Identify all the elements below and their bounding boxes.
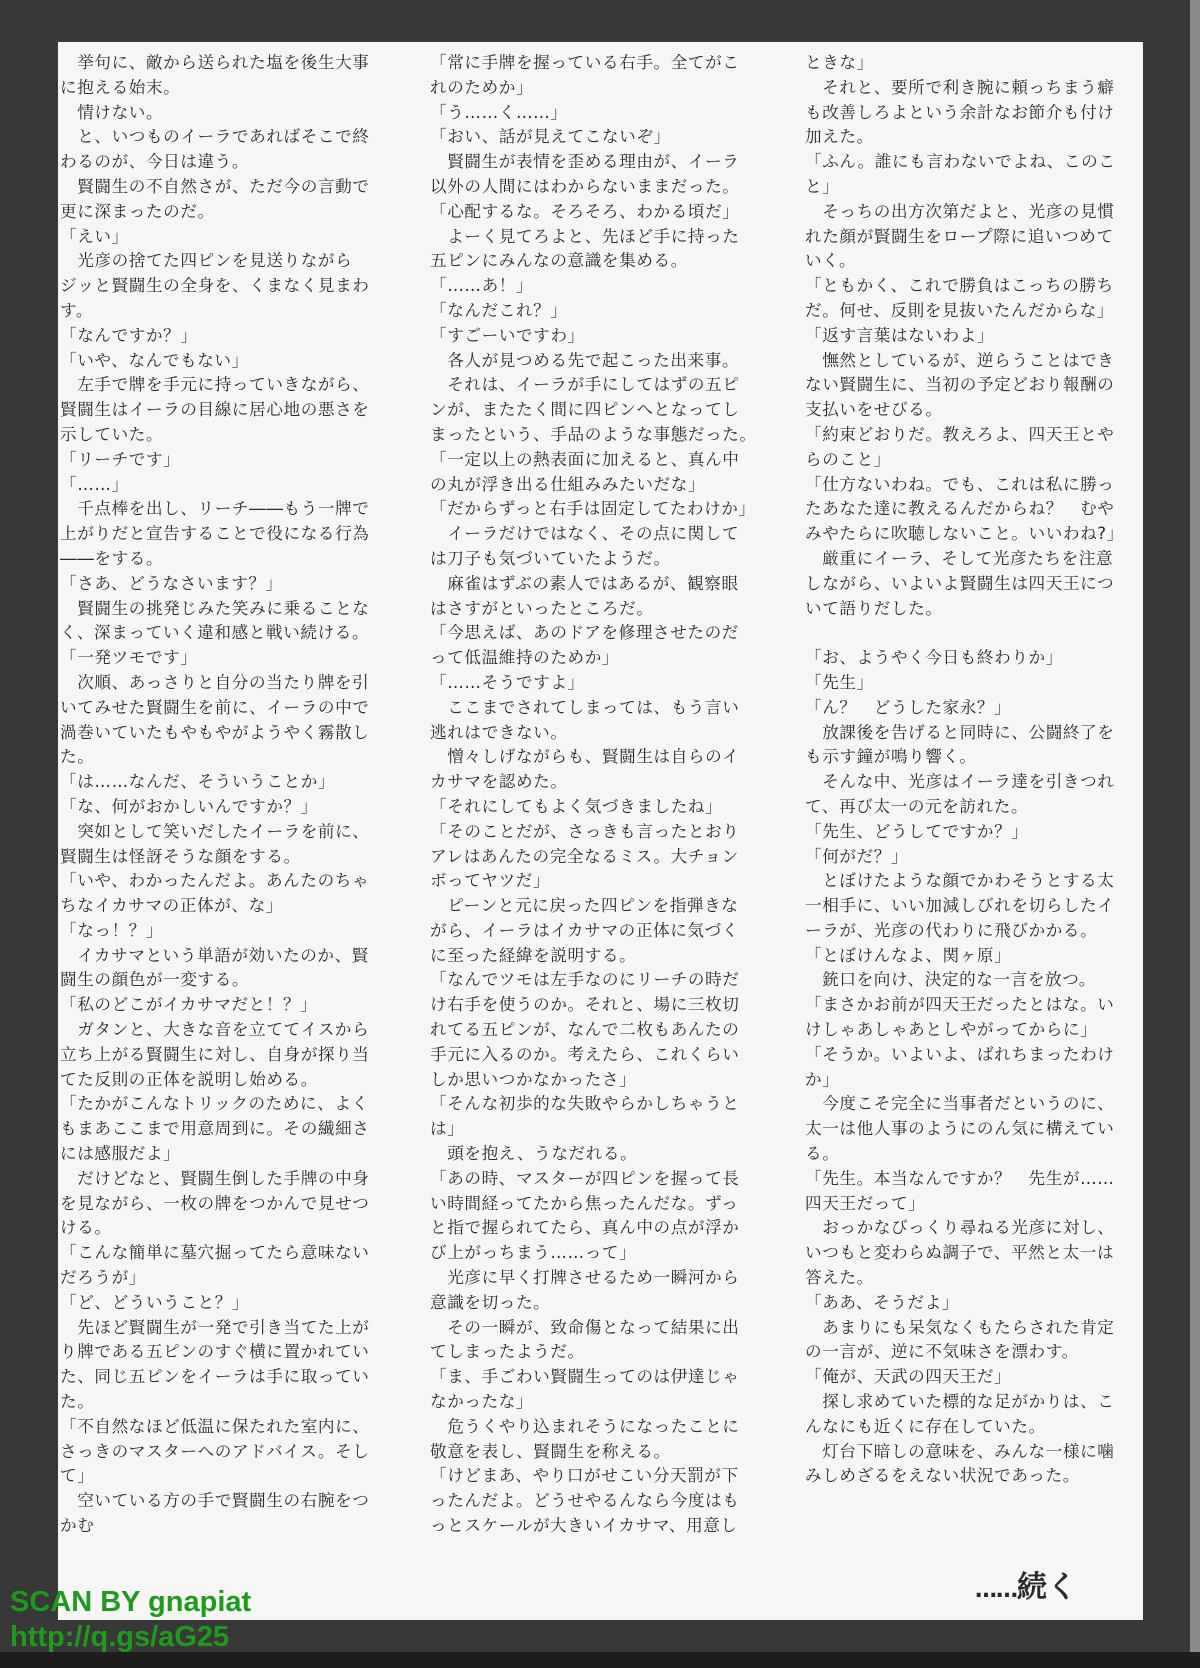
text-line: もまあここまで用意周到に。その繊細さ [60, 1117, 390, 1142]
text-column-right: ときな」 それと、要所で利き腕に頼っちまう癖も改善しろよという余計なお節介も付け… [805, 51, 1145, 1489]
text-line: 以外の人間にはわからないままだった。 [430, 175, 770, 200]
text-line: る。 [805, 1142, 1145, 1167]
text-line: 「おい、話が見えてこないぞ」 [430, 125, 770, 150]
text-line: れてる五ピンが、なんで二枚もあんたの [430, 1018, 770, 1043]
text-line: けしゃあしゃあとしやがってからに」 [805, 1018, 1145, 1043]
text-line: しか思いつかなかったさ」 [430, 1068, 770, 1093]
text-line: ボってヤツだ」 [430, 869, 770, 894]
text-line: た。 [60, 745, 390, 770]
text-line: 「それにしてもよく気づきましたね」 [430, 795, 770, 820]
text-line: て、再び太一の元を訪れた。 [805, 795, 1145, 820]
text-line: ちなイカサマの正体が、な」 [60, 894, 390, 919]
text-line: よーく見てろよと、先ほど手に持った [430, 225, 770, 250]
text-line: だ。何せ、反則を見抜いたんだからな」 [805, 299, 1145, 324]
text-line: 灯台下暗しの意味を、みんな一様に噛 [805, 1440, 1145, 1465]
text-line: イーラだけではなく、その点に関して [430, 522, 770, 547]
text-line: は刀子も気づいていたようだ。 [430, 547, 770, 572]
text-line: 賢闘生の挑発じみた笑みに乗ることな [60, 597, 390, 622]
to-be-continued: ……続く [975, 1568, 1077, 1611]
text-line: 麻雀はずぶの素人ではあるが、観察眼 [430, 572, 770, 597]
text-line: 「すごーいですわ」 [430, 324, 770, 349]
text-line: 「お、ようやく今日も終わりか」 [805, 646, 1145, 671]
text-line: て」 [60, 1464, 390, 1489]
text-line: いく。 [805, 249, 1145, 274]
text-line: 今度こそ完全に当事者だというのに、 [805, 1092, 1145, 1117]
text-line: さっきのマスターへのアドバイス。そし [60, 1440, 390, 1465]
text-line: い時間経ってたから焦ったんだな。ずっ [430, 1192, 770, 1217]
text-line: ガタンと、大きな音を立ててイスから [60, 1018, 390, 1043]
text-line: 賢闘生の不自然さが、ただ今の言動で [60, 175, 390, 200]
text-line: 「だからずっと右手は固定してたわけか」 [430, 497, 770, 522]
text-line: ピーンと元に戻った四ピンを指弾きな [430, 894, 770, 919]
text-line: け右手を使うのか。それと、場に三枚切 [430, 993, 770, 1018]
text-line: 「ん？ どうした家永？」 [805, 696, 1145, 721]
ellipsis: …… [975, 1578, 1017, 1603]
text-line: 各人が見つめる先で起こった出来事。 [430, 349, 770, 374]
text-line: 一相手に、いい加減しびれを切らしたイ [805, 894, 1145, 919]
text-line: 四天王だって」 [805, 1192, 1145, 1217]
text-line: 上がりだと宣告することで役になる行為 [60, 522, 390, 547]
text-column-left: 挙句に、敵から送られた塩を後生大事に抱える始末。 情けない。 と、いつものイーラ… [60, 51, 390, 1539]
text-line: 「返す言葉はないわよ」 [805, 324, 1145, 349]
text-line: す。 [60, 299, 390, 324]
text-line: れた顔が賢闘生をロープ際に追いつめて [805, 225, 1145, 250]
text-line: 「いや、わかったんだよ。あんたのちゃ [60, 869, 390, 894]
text-line: も改善しろよという余計なお節介も付け [805, 101, 1145, 126]
text-line: がら、イーラはイカサマの正体に気づく [430, 919, 770, 944]
text-line: 「ああ、そうだよ」 [805, 1291, 1145, 1316]
text-line: 「けどまあ、やり口がせこい分天罰が下 [430, 1464, 770, 1489]
text-line: 「なんですか？」 [60, 324, 390, 349]
text-line: 答えた。 [805, 1266, 1145, 1291]
text-line: ジッと賢闘生の全身を、くまなく見まわ [60, 274, 390, 299]
text-line: 危うくやり込まれそうになったことに [430, 1415, 770, 1440]
text-line: 情けない。 [60, 101, 390, 126]
text-line [805, 621, 1145, 646]
text-line: 厳重にイーラ、そして光彦たちを注意 [805, 547, 1145, 572]
text-line: 「……そうですよ」 [430, 671, 770, 696]
scan-watermark: SCAN BY gnapiat http://q.gs/aG25 [10, 1585, 251, 1655]
text-line: カサマを認めた。 [430, 770, 770, 795]
text-line: とぼけたような顔でかわそうとする太 [805, 869, 1145, 894]
text-line: 「さあ、どうなさいます？」 [60, 572, 390, 597]
text-line: 「まさかお前が四天王だったとはな。い [805, 993, 1145, 1018]
text-line: 「とぼけんなよ、関ヶ原」 [805, 944, 1145, 969]
text-line: 「そんな初歩的な失敗やらかしちゃうと [430, 1092, 770, 1117]
text-line: 「不自然なほど低温に保たれた室内に、 [60, 1415, 390, 1440]
text-line: 先ほど賢闘生が一発で引き当てた上が [60, 1316, 390, 1341]
text-line: 太一は他人事のようにのん気に構えてい [805, 1117, 1145, 1142]
text-line: らのこと」 [805, 448, 1145, 473]
text-line: 「いや、なんでもない」 [60, 349, 390, 374]
text-line: 千点棒を出し、リーチ――もう一牌で [60, 497, 390, 522]
text-line: 次順、あっさりと自分の当たり牌を引 [60, 671, 390, 696]
text-line: 憎々しげながらも、賢闘生は自らのイ [430, 745, 770, 770]
text-line: ったんだよ。どうせやるんなら今度はも [430, 1489, 770, 1514]
text-line: 「な、何がおかしいんですか？」 [60, 795, 390, 820]
text-line: ーラが、光彦の代わりに飛びかかる。 [805, 919, 1145, 944]
text-line: 立ち上がる賢闘生に対し、自身が探り当 [60, 1043, 390, 1068]
text-line: 手元に入るのか。考えたら、これくらい [430, 1043, 770, 1068]
text-line: 探し求めていた標的な足がかりは、こ [805, 1390, 1145, 1415]
text-line: 「常に手牌を握っている右手。全てがこ [430, 51, 770, 76]
text-line: 「先生。本当なんですか？ 先生が…… [805, 1167, 1145, 1192]
text-line: いてみせた賢闘生を前に、イーラの中で [60, 696, 390, 721]
text-line: 「たかがこんなトリックのために、よく [60, 1092, 390, 1117]
text-line: 光彦の捨てた四ピンを見送りながら [60, 249, 390, 274]
text-line: 加えた。 [805, 125, 1145, 150]
text-line: く、深まっていく違和感と戦い続ける。 [60, 621, 390, 646]
text-line: 「一発ツモです」 [60, 646, 390, 671]
text-line: てた反則の正体を説明し始める。 [60, 1068, 390, 1093]
text-line: 意識を切った。 [430, 1291, 770, 1316]
text-line: 「ど、どういうこと？」 [60, 1291, 390, 1316]
text-line: って低温維持のためか」 [430, 646, 770, 671]
text-line: いて語りだした。 [805, 597, 1145, 622]
text-line: なかったな」 [430, 1390, 770, 1415]
text-line: に抱える始末。 [60, 76, 390, 101]
text-line: 敬意を表し、賢闘生を称える。 [430, 1440, 770, 1465]
text-line: 「あの時、マスターが四ピンを握って長 [430, 1167, 770, 1192]
text-line: 闘生の顔色が一変する。 [60, 968, 390, 993]
text-line: 空いている方の手で賢闘生の右腕をつ [60, 1489, 390, 1514]
text-line: の一言が、逆に不気味さを漂わす。 [805, 1340, 1145, 1365]
text-line: た、同じ五ピンをイーラは手に取ってい [60, 1365, 390, 1390]
text-line: だろうが」 [60, 1266, 390, 1291]
text-line: いつもと変わらぬ調子で、平然と太一は [805, 1241, 1145, 1266]
text-line: 銃口を向け、決定的な一言を放つ。 [805, 968, 1145, 993]
text-line: ――をする。 [60, 547, 390, 572]
text-line: 逃れはできない。 [430, 721, 770, 746]
text-line: 突如として笑いだしたイーラを前に、 [60, 820, 390, 845]
text-line: 賢闘生が表情を歪める理由が、イーラ [430, 150, 770, 175]
text-line: 「一定以上の熱表面に加えると、真ん中 [430, 448, 770, 473]
text-line: しながら、いよいよ賢闘生は四天王につ [805, 572, 1145, 597]
text-line: おっかなびっくり尋ねる光彦に対し、 [805, 1216, 1145, 1241]
text-line: 「俺が、天武の四天王だ」 [805, 1365, 1145, 1390]
text-line: 五ピンにみんなの意識を集める。 [430, 249, 770, 274]
text-line: 賢闘生は怪訝そうな顔をする。 [60, 845, 390, 870]
text-line: 「リーチです」 [60, 448, 390, 473]
text-line: 「約束どおりだ。教えろよ、四天王とや [805, 423, 1145, 448]
text-line: 「は……なんだ、そういうことか」 [60, 770, 390, 795]
text-line: 「そうか。いよいよ、ばれちまったわけ [805, 1043, 1145, 1068]
text-line: 「う……く……」 [430, 101, 770, 126]
continued-label: 続く [1017, 1570, 1077, 1605]
text-line: も示す鐘が鳴り響く。 [805, 745, 1145, 770]
text-line: 「心配するな。そろそろ、わかる頃だ」 [430, 200, 770, 225]
text-line: の丸が浮き出る仕組みみたいだな」 [430, 473, 770, 498]
text-line: 憮然としているが、逆らうことはでき [805, 349, 1145, 374]
text-line: は」 [430, 1117, 770, 1142]
text-line: か」 [805, 1068, 1145, 1093]
text-line: 「……あ！」 [430, 274, 770, 299]
text-line: 光彦に早く打牌させるため一瞬河から [430, 1266, 770, 1291]
text-line: 「先生」 [805, 671, 1145, 696]
text-line: っとスケールが大きいイカサマ、用意し [430, 1514, 770, 1539]
text-line: てしまったようだ。 [430, 1340, 770, 1365]
text-line: に至った経緯を説明する。 [430, 944, 770, 969]
text-line: 「仕方ないわね。でも、これは私に勝っ [805, 473, 1145, 498]
text-line: そんな中、光彦はイーラ達を引きつれ [805, 770, 1145, 795]
text-line: 「こんな簡単に墓穴掘ってたら意味ない [60, 1241, 390, 1266]
text-line: と指で握られてたら、真ん中の点が浮か [430, 1216, 770, 1241]
text-line: 示していた。 [60, 423, 390, 448]
text-line: 「ま、手ごわい賢闘生ってのは伊達じゃ [430, 1365, 770, 1390]
text-line: 「えい」 [60, 225, 390, 250]
text-line: り牌である五ピンのすぐ横に置かれてい [60, 1340, 390, 1365]
text-line: それと、要所で利き腕に頼っちまう癖 [805, 76, 1145, 101]
text-line: 放課後を告げると同時に、公闘終了を [805, 721, 1145, 746]
text-line: 「私のどこがイカサマだと！？」 [60, 993, 390, 1018]
text-line: その一瞬が、致命傷となって結果に出 [430, 1316, 770, 1341]
text-line: まったという、手品のような事態だった。 [430, 423, 770, 448]
watermark-credit: SCAN BY gnapiat [10, 1585, 251, 1620]
text-line: ンが、またたく間に四ピンへとなってし [430, 398, 770, 423]
text-line: 「先生、どうしてですか？」 [805, 820, 1145, 845]
text-line: ここまでされてしまっては、もう言い [430, 696, 770, 721]
text-line: かむ [60, 1514, 390, 1539]
text-line: ときな」 [805, 51, 1145, 76]
text-line: 「なんでツモは左手なのにリーチの時だ [430, 968, 770, 993]
text-line: 「何がだ？」 [805, 845, 1145, 870]
text-line: 渦巻いていたもやもやがようやく霧散し [60, 721, 390, 746]
text-line: 「そのことだが、さっきも言ったとおり [430, 820, 770, 845]
text-line: を見ながら、一枚の牌をつかんで見せつ [60, 1192, 390, 1217]
text-line: れのためか」 [430, 76, 770, 101]
text-line: イカサマという単語が効いたのか、賢 [60, 944, 390, 969]
watermark-url[interactable]: http://q.gs/aG25 [10, 1620, 251, 1655]
text-line: 賢闘生はイーラの目線に居心地の悪さを [60, 398, 390, 423]
text-line: と」 [805, 175, 1145, 200]
text-line: ける。 [60, 1216, 390, 1241]
text-line: みしめざるをえない状況であった。 [805, 1464, 1145, 1489]
text-line: わるのが、今日は違う。 [60, 150, 390, 175]
text-line: ない賢闘生に、当初の予定どおり報酬の [805, 373, 1145, 398]
text-line: 「ともかく、これで勝負はこっちの勝ち [805, 274, 1145, 299]
scan-right-edge [1190, 0, 1200, 1668]
text-line: 左手で牌を手元に持っていきながら、 [60, 373, 390, 398]
text-line: た。 [60, 1390, 390, 1415]
text-line: だけどなと、賢闘生倒した手牌の中身 [60, 1167, 390, 1192]
text-line: アレはあんたの完全なるミス。大チョン [430, 845, 770, 870]
text-line: そっちの出方次第だよと、光彦の見慣 [805, 200, 1145, 225]
text-line: みやたらに吹聴しないこと。いいわね?」 [805, 522, 1145, 547]
text-line: 支払いをせびる。 [805, 398, 1145, 423]
text-line: はさすがといったところだ。 [430, 597, 770, 622]
text-line: 「なんだこれ？」 [430, 299, 770, 324]
text-line: 「今思えば、あのドアを修理させたのだ [430, 621, 770, 646]
text-column-middle: 「常に手牌を握っている右手。全てがこれのためか」「う……く……」「おい、話が見え… [430, 51, 770, 1539]
text-line: と、いつものイーラであればそこで終 [60, 125, 390, 150]
text-line: 更に深まったのだ。 [60, 200, 390, 225]
text-line: び上がっちまう……って」 [430, 1241, 770, 1266]
text-line: んなにも近くに存在していた。 [805, 1415, 1145, 1440]
text-line: たあなた達に教えるんだからね？ むや [805, 497, 1145, 522]
text-line: それは、イーラが手にしてはずの五ピ [430, 373, 770, 398]
text-line: 「ふん。誰にも言わないでよね、このこ [805, 150, 1145, 175]
text-line: あまりにも呆気なくもたらされた肯定 [805, 1316, 1145, 1341]
text-line: 頭を抱え、うなだれる。 [430, 1142, 770, 1167]
text-line: には感服だよ」 [60, 1142, 390, 1167]
text-line: 「なっ！？」 [60, 919, 390, 944]
text-line: 「……」 [60, 473, 390, 498]
text-line: 挙句に、敵から送られた塩を後生大事 [60, 51, 390, 76]
